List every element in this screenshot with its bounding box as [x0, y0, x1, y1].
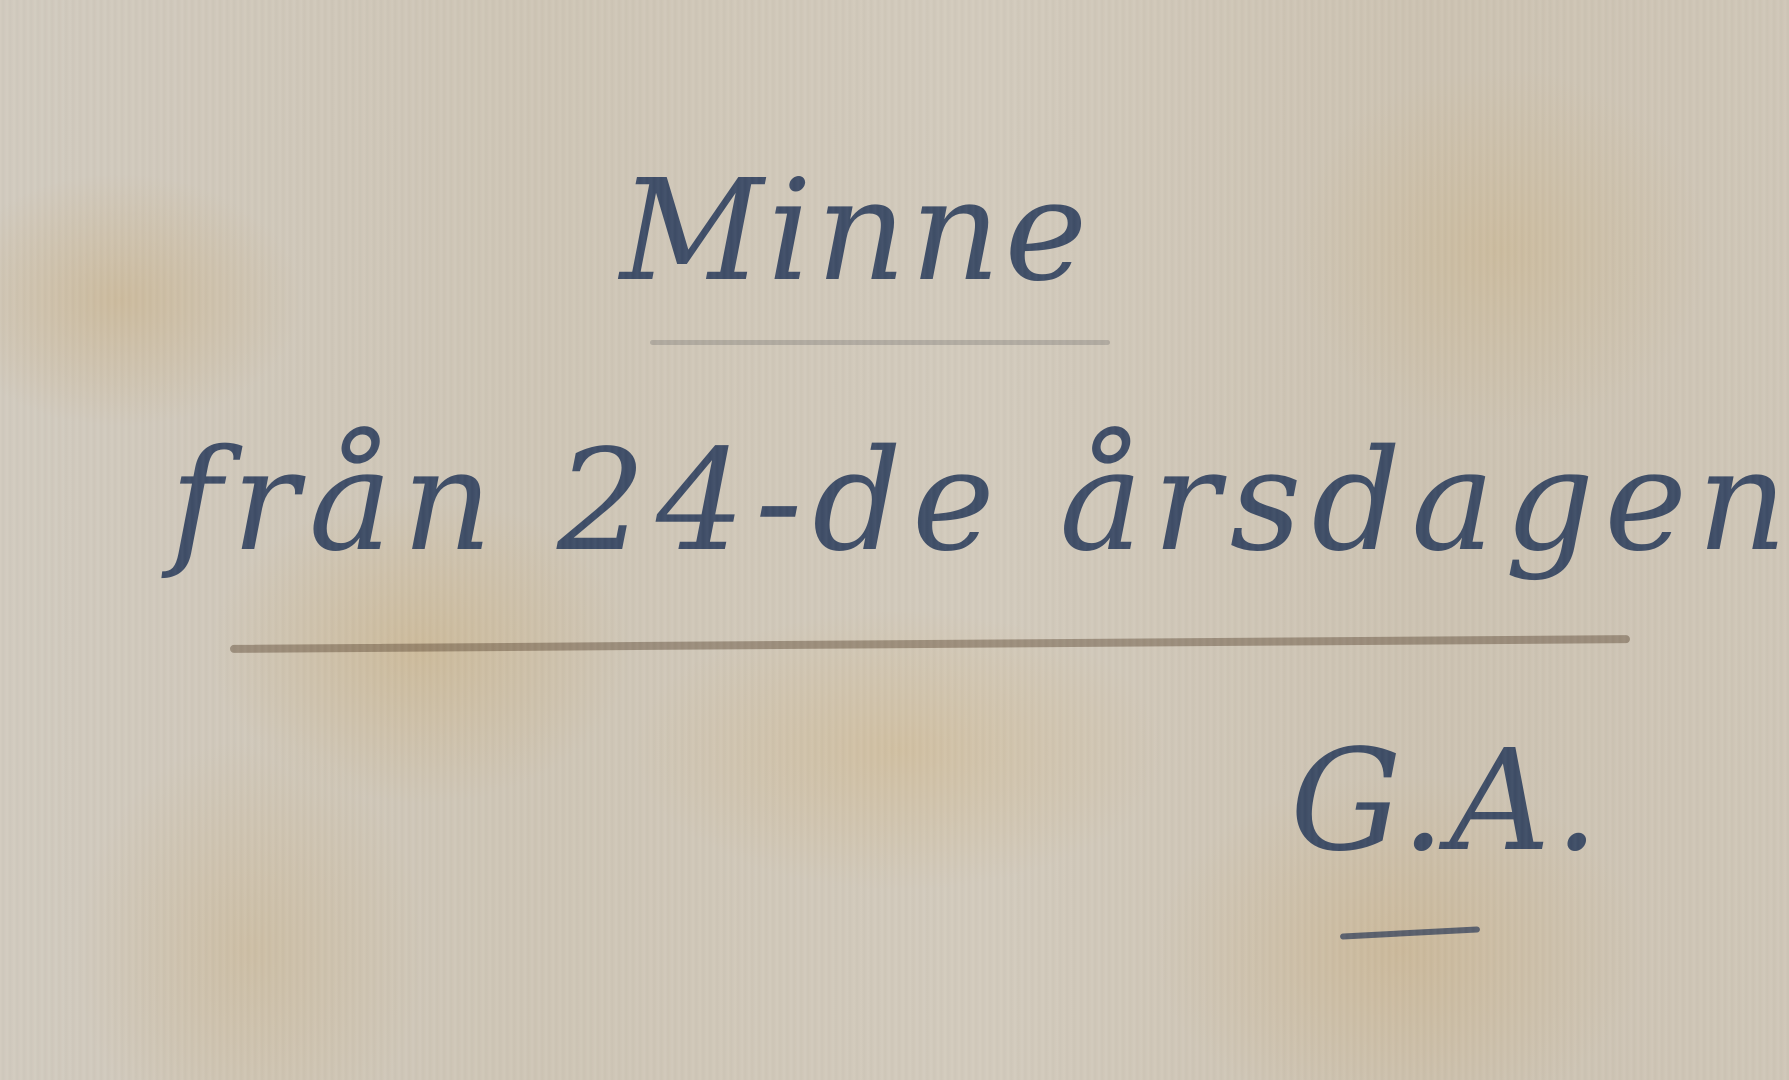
dedication-underline [230, 635, 1630, 653]
aged-paper: Minne från 24-de årsdagen G.A. [0, 0, 1789, 1080]
handwritten-initials: G.A. [1290, 720, 1603, 883]
handwritten-dedication: från 24-de årsdagen [170, 420, 1789, 583]
handwritten-title: Minne [620, 150, 1091, 313]
signature-flourish [1340, 926, 1480, 939]
title-underline [650, 340, 1110, 345]
